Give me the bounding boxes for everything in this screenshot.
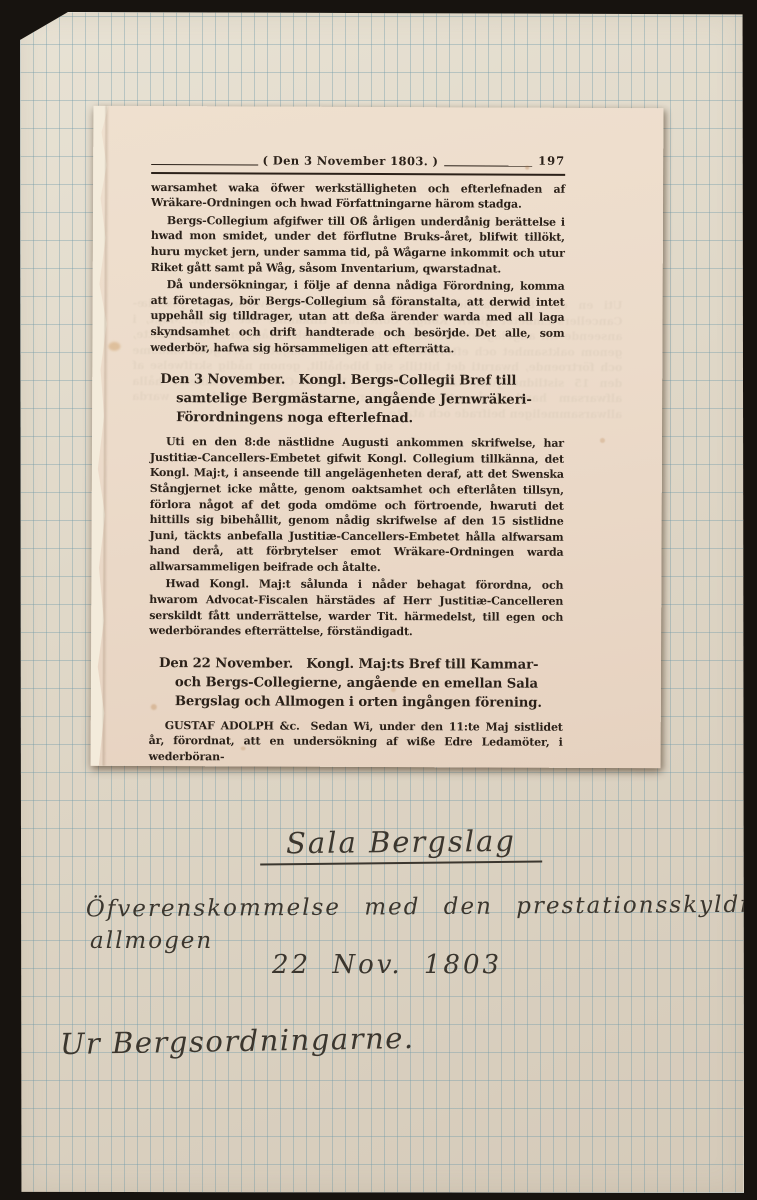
- printed-paragraph: Bergs-Collegium afgifwer till Oß årligen…: [151, 213, 565, 277]
- printed-paragraph: GUSTAF ADOLPH &c. Sedan Wi, under den 11…: [149, 718, 563, 767]
- printed-page: Uti en den 8:de nästlidne Augusti ankomm…: [91, 106, 664, 768]
- printed-page-text: ( Den 3 November 1803. ) 197 warsamhet w…: [149, 152, 566, 738]
- running-head-rule-right: [444, 165, 532, 166]
- page-number: 197: [538, 154, 565, 170]
- running-head: ( Den 3 November 1803. ) 197: [151, 152, 565, 170]
- running-title: ( Den 3 November 1803. ): [262, 153, 438, 169]
- printed-paragraph: Uti en den 8:de nästlidne Augusti ankomm…: [149, 434, 564, 576]
- head-rule: [151, 172, 565, 176]
- section-heading: Den 3 November. Kongl. Bergs-Collegii Br…: [150, 370, 564, 429]
- graph-paper-sheet: Uti en den 8:de nästlidne Augusti ankomm…: [20, 12, 744, 1193]
- printed-paragraph: Hwad Kongl. Maj:t sålunda i nåder behaga…: [149, 576, 563, 640]
- printed-paragraph: Då undersökningar, i följe af denna nådi…: [150, 277, 564, 357]
- foxing-spot: [600, 438, 605, 443]
- handwritten-note-line-1: Öfverenskommelse med den prestationsskyl…: [86, 892, 757, 923]
- running-head-rule-left: [151, 164, 258, 165]
- foxing-spot: [108, 342, 120, 351]
- photo-mount: Uti en den 8:de nästlidne Augusti ankomm…: [0, 0, 757, 1200]
- handwritten-date: 22 Nov. 1803: [272, 950, 502, 980]
- handwritten-source-note: Ur Bergsordningarne.: [60, 1021, 415, 1061]
- handwritten-note-line-2: allmogen: [90, 928, 213, 954]
- handwritten-title: Sala Bergslag: [260, 824, 542, 866]
- printed-paragraph: warsamhet waka öfwer werkställigheten oc…: [151, 180, 565, 213]
- section-heading: Den 22 November. Kongl. Maj:ts Bref till…: [149, 654, 563, 713]
